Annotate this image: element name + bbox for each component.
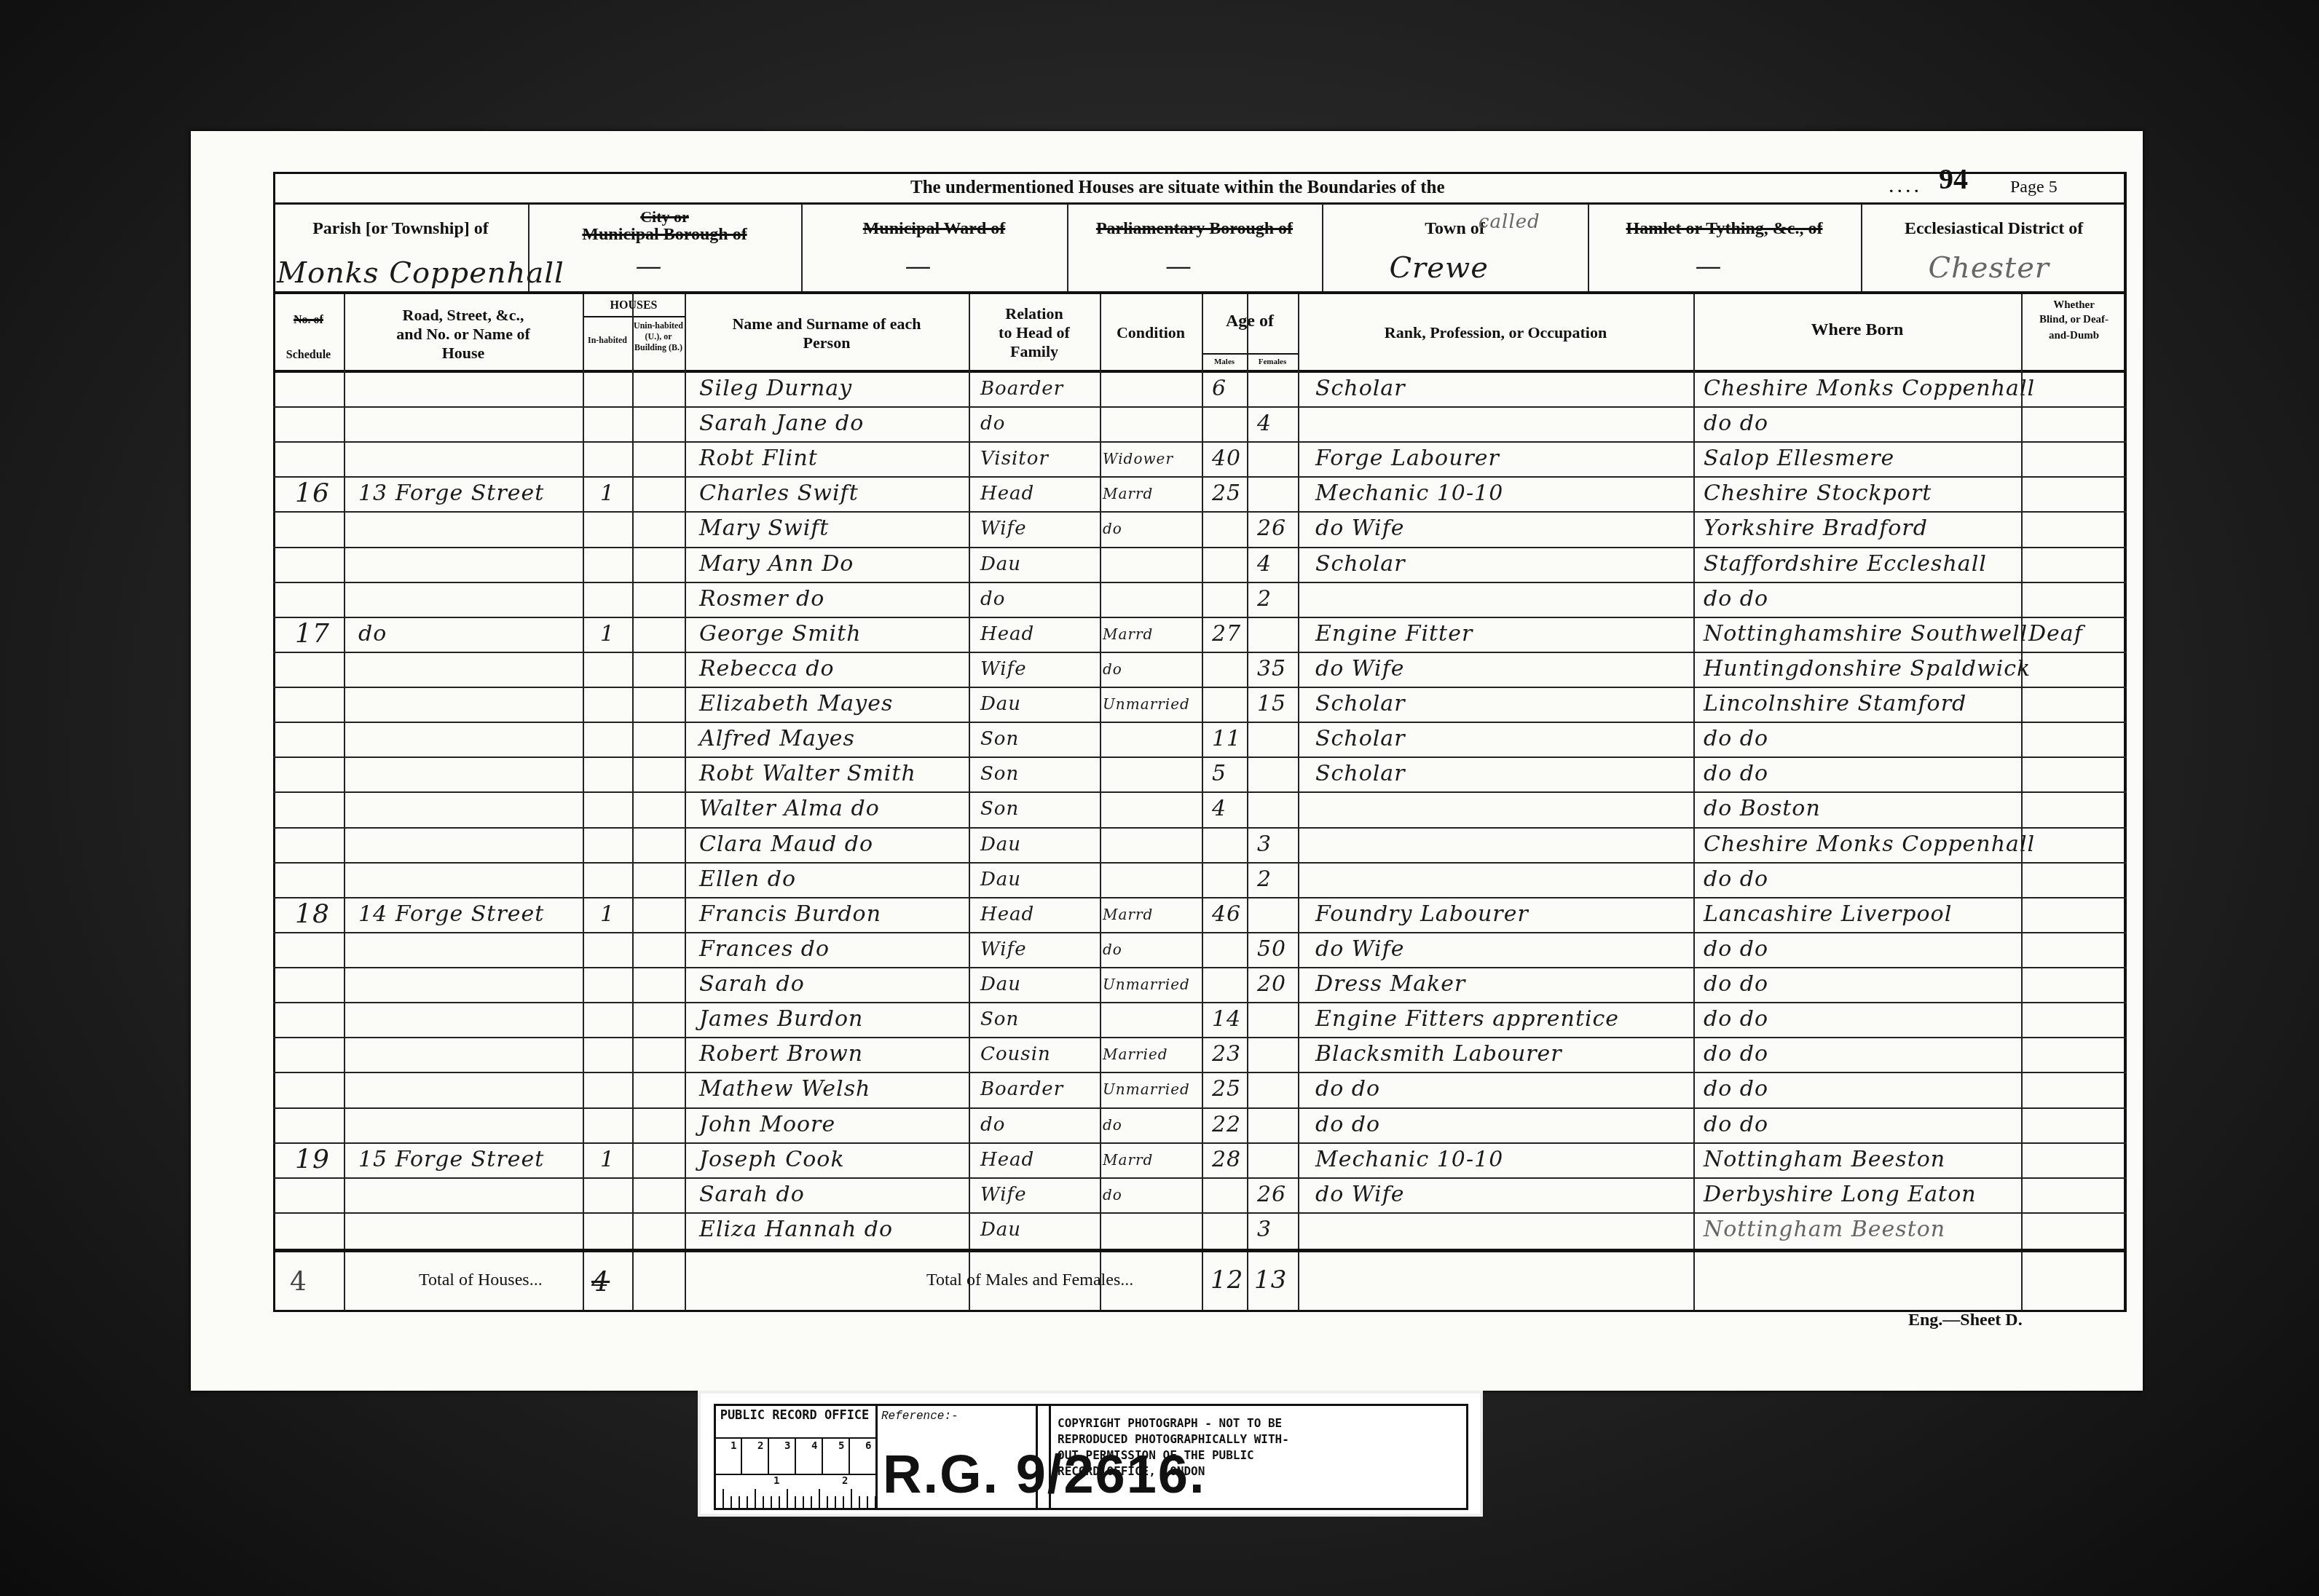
scale-tick-cm bbox=[822, 1439, 823, 1474]
person-name: Frances do bbox=[699, 935, 830, 964]
relation-to-head: Dau bbox=[980, 550, 1021, 579]
inhabited-count: 1 bbox=[600, 1145, 615, 1174]
scale-tick-in bbox=[755, 1489, 756, 1508]
occupation: Scholar bbox=[1315, 374, 1406, 403]
scale-tick-in bbox=[851, 1489, 852, 1508]
census-row bbox=[0, 1003, 2319, 1038]
birthplace: Derbyshire Long Eaton bbox=[1704, 1180, 1977, 1209]
marital-condition: Unmarried bbox=[1103, 690, 1190, 719]
birthplace: do do bbox=[1704, 935, 1768, 964]
boundary-label: Hamlet or Tything, &c., of bbox=[1588, 218, 1861, 239]
age-female: 4 bbox=[1257, 550, 1272, 579]
col-road-2: and No. or Name of bbox=[344, 325, 583, 343]
scale-tick-in bbox=[763, 1496, 764, 1508]
col-name-2: Person bbox=[685, 333, 969, 352]
boundary-annotation: called bbox=[1479, 211, 1540, 233]
relation-to-head: Son bbox=[980, 794, 1019, 823]
col-where-born: Where Born bbox=[1693, 320, 2021, 340]
marital-condition: do bbox=[1103, 514, 1122, 543]
birthplace: do do bbox=[1704, 409, 1768, 438]
scale-tick-in bbox=[843, 1496, 844, 1508]
banner-divider bbox=[273, 202, 2127, 205]
age-female: 26 bbox=[1257, 514, 1286, 543]
birthplace: Nottingham Beeston bbox=[1704, 1145, 1945, 1174]
scale-number-cm: 3 bbox=[784, 1440, 790, 1452]
boundary-value: — bbox=[1165, 251, 1192, 281]
scale-tick-in bbox=[795, 1496, 796, 1508]
relation-to-head: do bbox=[980, 409, 1005, 438]
relation-to-head: Head bbox=[980, 479, 1034, 508]
person-name: Francis Burdon bbox=[699, 900, 881, 929]
house-address: 15 Forge Street bbox=[358, 1145, 544, 1174]
person-name: Charles Swift bbox=[699, 479, 859, 508]
relation-to-head: Boarder bbox=[980, 374, 1063, 403]
person-name: James Burdon bbox=[699, 1005, 863, 1034]
house-address: do bbox=[358, 620, 387, 649]
birthplace: Lincolnshire Stamford bbox=[1704, 690, 1966, 719]
inhabited-count: 1 bbox=[600, 479, 615, 508]
scale-tick-cm bbox=[875, 1439, 877, 1474]
census-row bbox=[0, 1214, 2319, 1249]
birthplace: do do bbox=[1704, 1040, 1768, 1069]
person-name: Sarah do bbox=[699, 1180, 805, 1209]
age-male: 46 bbox=[1212, 900, 1241, 929]
birthplace: Cheshire Monks Coppenhall bbox=[1704, 374, 2035, 403]
relation-to-head: Son bbox=[980, 724, 1019, 754]
birthplace: do Boston bbox=[1704, 794, 1821, 823]
boundary-divider bbox=[273, 291, 2127, 294]
age-female: 15 bbox=[1257, 690, 1286, 719]
occupation: Scholar bbox=[1315, 759, 1406, 789]
age-female: 3 bbox=[1257, 1215, 1272, 1244]
copyright-notice: COPYRIGHT PHOTOGRAPH - NOT TO BEREPRODUC… bbox=[1058, 1415, 1289, 1480]
total-persons-label: Total of Males and Females... bbox=[926, 1271, 1133, 1290]
person-name: Elizabeth Mayes bbox=[699, 690, 893, 719]
scale-tick-cm bbox=[795, 1439, 796, 1474]
birthplace: do do bbox=[1704, 865, 1768, 894]
pro-label: PUBLIC RECORD OFFICE bbox=[715, 1408, 874, 1423]
col-occupation: Rank, Profession, or Occupation bbox=[1298, 323, 1693, 341]
boundary-label: Municipal Borough of bbox=[528, 224, 801, 245]
person-name: Robt Walter Smith bbox=[699, 759, 916, 789]
age-male: 40 bbox=[1212, 444, 1241, 473]
relation-to-head: Wife bbox=[980, 514, 1027, 543]
occupation: do do bbox=[1315, 1110, 1380, 1139]
folio-dots: .... bbox=[1889, 178, 1923, 197]
marital-condition: Married bbox=[1103, 1040, 1168, 1069]
total-females: 13 bbox=[1254, 1265, 1287, 1295]
birthplace: Salop Ellesmere bbox=[1704, 444, 1894, 473]
schedule-number: 16 bbox=[295, 479, 330, 508]
occupation: Mechanic 10-10 bbox=[1315, 1145, 1503, 1174]
age-male: 4 bbox=[1212, 794, 1227, 823]
relation-to-head: Dau bbox=[980, 830, 1021, 859]
person-name: Eliza Hannah do bbox=[699, 1215, 893, 1244]
col-road-1: Road, Street, &c., bbox=[344, 306, 583, 324]
age-female: 3 bbox=[1257, 830, 1272, 859]
age-male: 25 bbox=[1212, 479, 1241, 508]
census-row bbox=[0, 478, 2319, 513]
col-blind-3: and-Dumb bbox=[2021, 329, 2127, 342]
age-male: 25 bbox=[1212, 1075, 1241, 1104]
boundary-value: Monks Coppenhall bbox=[277, 256, 564, 290]
age-male: 27 bbox=[1212, 620, 1241, 649]
census-row bbox=[0, 898, 2319, 933]
schedule-number: 18 bbox=[295, 900, 330, 929]
boundary-separator bbox=[801, 204, 803, 293]
occupation: Scholar bbox=[1315, 724, 1406, 754]
marital-condition: Marrd bbox=[1103, 620, 1153, 649]
census-row bbox=[0, 758, 2319, 793]
boundary-label: Parliamentary Borough of bbox=[1067, 218, 1322, 239]
boundary-value: — bbox=[636, 251, 663, 281]
age-female: 35 bbox=[1257, 655, 1286, 684]
total-schedules: 4 bbox=[290, 1267, 307, 1297]
col-inhabited: In-habited bbox=[583, 335, 632, 346]
public-record-office-stamp: PUBLIC RECORD OFFICE 12345612 Reference:… bbox=[698, 1391, 1483, 1517]
schedule-number: 19 bbox=[295, 1145, 330, 1174]
occupation: Mechanic 10-10 bbox=[1315, 479, 1503, 508]
age-female: 26 bbox=[1257, 1180, 1286, 1209]
col-uninhabited: Unin-habited (U.), or Building (B.) bbox=[632, 320, 685, 353]
boundary-value: — bbox=[905, 251, 932, 281]
birthplace: do do bbox=[1704, 724, 1768, 754]
person-name: George Smith bbox=[699, 620, 862, 649]
copyright-line: REPRODUCED PHOTOGRAPHICALLY WITH- bbox=[1058, 1431, 1289, 1447]
boundary-label: Municipal Ward of bbox=[801, 218, 1067, 239]
occupation: do Wife bbox=[1315, 514, 1405, 543]
house-address: 13 Forge Street bbox=[358, 479, 544, 508]
scale-tick-in bbox=[747, 1496, 748, 1508]
scale-tick-cm bbox=[849, 1439, 850, 1474]
occupation: Foundry Labourer bbox=[1315, 900, 1529, 929]
scale-number-in: 2 bbox=[842, 1475, 848, 1487]
age-male: 11 bbox=[1212, 724, 1241, 754]
boundary-separator bbox=[1322, 204, 1323, 293]
birthplace: Cheshire Monks Coppenhall bbox=[1704, 830, 2035, 859]
scale-tick-in bbox=[731, 1496, 732, 1508]
census-row bbox=[0, 513, 2319, 548]
scale-tick-in bbox=[803, 1496, 804, 1508]
banner-text: The undermentioned Houses are situate wi… bbox=[910, 178, 1445, 198]
reference-label: Reference:- bbox=[881, 1410, 958, 1423]
scale-tick-cm bbox=[741, 1439, 742, 1474]
age-male: 23 bbox=[1212, 1040, 1241, 1069]
census-row bbox=[0, 793, 2319, 828]
folio-number: 94 bbox=[1939, 162, 1968, 196]
marital-condition: do bbox=[1103, 1110, 1122, 1139]
age-female: 20 bbox=[1257, 970, 1286, 999]
birthplace: do do bbox=[1704, 759, 1768, 789]
scale-tick-in bbox=[723, 1489, 724, 1508]
scale-number-cm: 5 bbox=[838, 1440, 844, 1452]
copyright-line: OUT PERMISSION OF THE PUBLIC bbox=[1058, 1447, 1289, 1463]
house-address: 14 Forge Street bbox=[358, 900, 544, 929]
boundary-label: Parish [or Township] of bbox=[273, 218, 528, 239]
birthplace: Lancashire Liverpool bbox=[1704, 900, 1952, 929]
occupation: Engine Fitter bbox=[1315, 620, 1473, 649]
boundary-label: Ecclesiastical District of bbox=[1861, 218, 2127, 239]
boundary-value: — bbox=[1696, 251, 1722, 281]
scale-tick-in bbox=[835, 1496, 836, 1508]
blind-deaf-dumb: Deaf bbox=[2028, 620, 2083, 649]
relation-to-head: Dau bbox=[980, 690, 1021, 719]
relation-to-head: Head bbox=[980, 620, 1034, 649]
birthplace: Huntingdonshire Spaldwick bbox=[1704, 655, 2031, 684]
birthplace: Nottingham Beeston bbox=[1704, 1215, 1945, 1244]
relation-to-head: Dau bbox=[980, 865, 1021, 894]
occupation: Forge Labourer bbox=[1315, 444, 1500, 473]
occupation: do Wife bbox=[1315, 935, 1405, 964]
birthplace: do do bbox=[1704, 585, 1768, 614]
inhabited-count: 1 bbox=[600, 900, 615, 929]
scale-tick-in bbox=[771, 1496, 772, 1508]
scale-tick-in bbox=[739, 1496, 740, 1508]
col-name-1: Name and Surname of each bbox=[685, 315, 969, 333]
age-female: 4 bbox=[1257, 409, 1272, 438]
person-name: Mary Swift bbox=[699, 514, 829, 543]
age-female: 2 bbox=[1257, 585, 1272, 614]
col-road-3: House bbox=[344, 344, 583, 362]
copyright-line: COPYRIGHT PHOTOGRAPH - NOT TO BE bbox=[1058, 1415, 1289, 1431]
col-age-males: Males bbox=[1202, 357, 1247, 367]
person-name: Walter Alma do bbox=[699, 794, 880, 823]
person-name: Rosmer do bbox=[699, 585, 824, 614]
total-males: 12 bbox=[1210, 1265, 1243, 1295]
relation-to-head: Son bbox=[980, 1005, 1019, 1034]
age-male: 6 bbox=[1212, 374, 1227, 403]
scale-tick-in bbox=[827, 1496, 828, 1508]
houses-divider bbox=[583, 316, 685, 317]
person-name: Robert Brown bbox=[699, 1040, 863, 1069]
person-name: Mary Ann Do bbox=[699, 550, 854, 579]
scale-tick-in bbox=[779, 1496, 780, 1508]
col-condition: Condition bbox=[1100, 323, 1202, 341]
occupation: do Wife bbox=[1315, 1180, 1405, 1209]
census-row bbox=[0, 933, 2319, 968]
census-row bbox=[0, 864, 2319, 898]
census-row bbox=[0, 583, 2319, 618]
relation-to-head: do bbox=[980, 1110, 1005, 1139]
col-age: Age of bbox=[1202, 312, 1298, 331]
occupation: Scholar bbox=[1315, 550, 1406, 579]
birthplace: do do bbox=[1704, 970, 1768, 999]
sheet-footer: Eng.—Sheet D. bbox=[1908, 1311, 2023, 1330]
age-female: 50 bbox=[1257, 935, 1286, 964]
total-houses-inhabited: 4 bbox=[591, 1265, 610, 1297]
birthplace: Yorkshire Bradford bbox=[1704, 514, 1928, 543]
col-schedule: Schedule bbox=[273, 348, 344, 362]
inhabited-count: 1 bbox=[600, 620, 615, 649]
person-name: Sileg Durnay bbox=[699, 374, 852, 403]
scale-tick-in bbox=[819, 1489, 820, 1508]
marital-condition: Marrd bbox=[1103, 900, 1153, 929]
relation-to-head: Wife bbox=[980, 935, 1027, 964]
marital-condition: do bbox=[1103, 1180, 1122, 1209]
boundary-separator bbox=[1588, 204, 1589, 293]
scale-tick-in bbox=[867, 1496, 868, 1508]
relation-to-head: Son bbox=[980, 759, 1019, 789]
col-relation-3: Family bbox=[969, 342, 1100, 360]
occupation: Blacksmith Labourer bbox=[1315, 1040, 1562, 1069]
scale-tick-in bbox=[787, 1489, 788, 1508]
col-blind-2: Blind, or Deaf- bbox=[2021, 313, 2127, 326]
age-male: 22 bbox=[1212, 1110, 1241, 1139]
person-name: Sarah Jane do bbox=[699, 409, 864, 438]
relation-to-head: Dau bbox=[980, 1215, 1021, 1244]
age-male: 14 bbox=[1212, 1005, 1241, 1034]
boundary-value: Crewe bbox=[1390, 251, 1489, 285]
person-name: Robt Flint bbox=[699, 444, 818, 473]
birthplace: do do bbox=[1704, 1075, 1768, 1104]
person-name: Joseph Cook bbox=[699, 1145, 845, 1174]
boundary-separator bbox=[1067, 204, 1068, 293]
col-age-females: Females bbox=[1247, 357, 1298, 367]
person-name: Ellen do bbox=[699, 865, 796, 894]
birthplace: Cheshire Stockport bbox=[1704, 479, 1932, 508]
person-name: Alfred Mayes bbox=[699, 724, 855, 754]
relation-to-head: Boarder bbox=[980, 1075, 1063, 1104]
marital-condition: Marrd bbox=[1103, 479, 1153, 508]
col-blind-1: Whether bbox=[2021, 299, 2127, 312]
schedule-number: 17 bbox=[295, 620, 330, 649]
boundary-separator bbox=[1861, 204, 1862, 293]
age-male: 28 bbox=[1212, 1145, 1241, 1174]
person-name: Clara Maud do bbox=[699, 830, 873, 859]
scale-tick-in bbox=[875, 1496, 876, 1508]
relation-to-head: Cousin bbox=[980, 1040, 1051, 1069]
occupation: do do bbox=[1315, 1075, 1380, 1104]
col-relation-1: Relation bbox=[969, 304, 1100, 323]
marital-condition: do bbox=[1103, 655, 1122, 684]
boundary-value: Chester bbox=[1929, 251, 2050, 285]
relation-to-head: Dau bbox=[980, 970, 1021, 999]
col-schedule-no: No. of bbox=[273, 313, 344, 327]
boundary-label: Town of bbox=[1322, 218, 1588, 239]
relation-to-head: do bbox=[980, 585, 1005, 614]
age-male: 5 bbox=[1212, 759, 1227, 789]
marital-condition: Widower bbox=[1103, 444, 1173, 473]
occupation: Scholar bbox=[1315, 690, 1406, 719]
marital-condition: Marrd bbox=[1103, 1145, 1153, 1174]
col-relation-2: to Head of bbox=[969, 323, 1100, 341]
scale-number-in: 1 bbox=[773, 1475, 779, 1487]
occupation: Engine Fitters apprentice bbox=[1315, 1005, 1619, 1034]
relation-to-head: Wife bbox=[980, 655, 1027, 684]
census-row bbox=[0, 723, 2319, 758]
marital-condition: Unmarried bbox=[1103, 970, 1190, 999]
col-houses: HOUSES bbox=[583, 299, 685, 312]
marital-condition: do bbox=[1103, 935, 1122, 964]
relation-to-head: Head bbox=[980, 1145, 1034, 1174]
birthplace: do do bbox=[1704, 1005, 1768, 1034]
scale-tick-in bbox=[811, 1496, 812, 1508]
birthplace: do do bbox=[1704, 1110, 1768, 1139]
copyright-line: RECORD OFFICE, LONDON bbox=[1058, 1463, 1289, 1480]
birthplace: Nottinghamshire Southwell bbox=[1704, 620, 2028, 649]
age-female: 2 bbox=[1257, 865, 1272, 894]
relation-to-head: Visitor bbox=[980, 444, 1049, 473]
total-houses-label: Total of Houses... bbox=[419, 1271, 543, 1290]
relation-to-head: Wife bbox=[980, 1180, 1027, 1209]
relation-to-head: Head bbox=[980, 900, 1034, 929]
scale-tick-in bbox=[859, 1496, 860, 1508]
occupation: do Wife bbox=[1315, 655, 1405, 684]
person-name: Rebecca do bbox=[699, 655, 835, 684]
marital-condition: Unmarried bbox=[1103, 1075, 1190, 1104]
scale-number-cm: 1 bbox=[731, 1440, 736, 1452]
birthplace: Staffordshire Eccleshall bbox=[1704, 550, 1987, 579]
census-row bbox=[0, 408, 2319, 443]
census-row bbox=[0, 1144, 2319, 1179]
scale-tick-cm bbox=[768, 1439, 769, 1474]
scale-number-cm: 4 bbox=[811, 1440, 817, 1452]
scale-number-cm: 6 bbox=[865, 1440, 871, 1452]
totals-divider bbox=[273, 1249, 2127, 1252]
page-label: Page 5 bbox=[2010, 178, 2058, 197]
person-name: John Moore bbox=[699, 1110, 835, 1139]
person-name: Sarah do bbox=[699, 970, 805, 999]
scale-number-cm: 2 bbox=[757, 1440, 763, 1452]
person-name: Mathew Welsh bbox=[699, 1075, 870, 1104]
occupation: Dress Maker bbox=[1315, 970, 1465, 999]
age-divider bbox=[1202, 353, 1298, 355]
census-row bbox=[0, 1109, 2319, 1144]
